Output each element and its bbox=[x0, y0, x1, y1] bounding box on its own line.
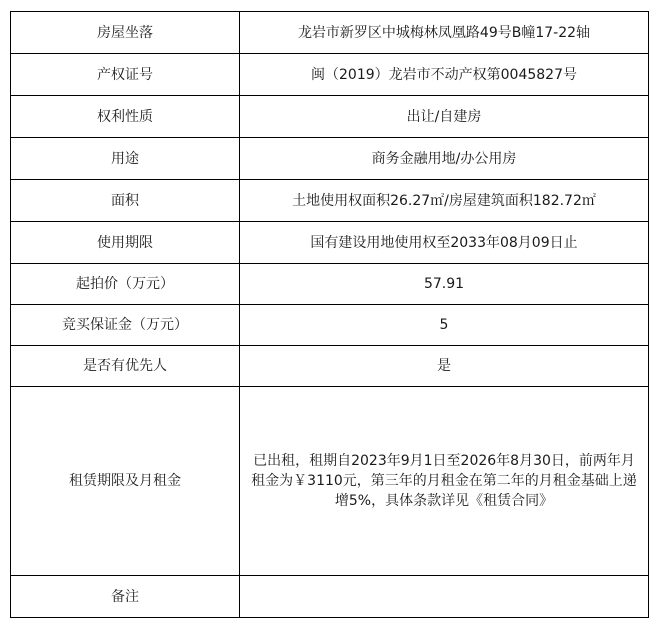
value-term: 国有建设用地使用权至2033年08月09日止 bbox=[240, 222, 649, 264]
table-row-remarks: 备注 bbox=[11, 576, 649, 618]
label-term: 使用期限 bbox=[11, 222, 240, 264]
table-row-certificate: 产权证号 闽（2019）龙岩市不动产权第0045827号 bbox=[11, 54, 649, 96]
label-priority-buyer: 是否有优先人 bbox=[11, 346, 240, 387]
label-deposit: 竞买保证金（万元） bbox=[11, 305, 240, 346]
table-row-deposit: 竞买保证金（万元） 5 bbox=[11, 305, 649, 346]
label-right-type: 权利性质 bbox=[11, 96, 240, 138]
value-lease: 已出租，租期自2023年9月1日至2026年8月30日，前两年月租金为￥3110… bbox=[240, 387, 649, 576]
label-remarks: 备注 bbox=[11, 576, 240, 618]
value-priority-buyer: 是 bbox=[240, 346, 649, 387]
value-location: 龙岩市新罗区中城梅林凤凰路49号B幢17-22轴 bbox=[240, 12, 649, 54]
value-certificate: 闽（2019）龙岩市不动产权第0045827号 bbox=[240, 54, 649, 96]
table-row-right-type: 权利性质 出让/自建房 bbox=[11, 96, 649, 138]
table-row-starting-price: 起拍价（万元） 57.91 bbox=[11, 264, 649, 305]
label-starting-price: 起拍价（万元） bbox=[11, 264, 240, 305]
label-certificate: 产权证号 bbox=[11, 54, 240, 96]
table-row-location: 房屋坐落 龙岩市新罗区中城梅林凤凰路49号B幢17-22轴 bbox=[11, 12, 649, 54]
value-usage: 商务金融用地/办公用房 bbox=[240, 138, 649, 180]
table-row-lease: 租赁期限及月租金 已出租，租期自2023年9月1日至2026年8月30日，前两年… bbox=[11, 387, 649, 576]
value-deposit: 5 bbox=[240, 305, 649, 346]
table-row-area: 面积 土地使用权面积26.27㎡/房屋建筑面积182.72㎡ bbox=[11, 180, 649, 222]
value-starting-price: 57.91 bbox=[240, 264, 649, 305]
label-lease: 租赁期限及月租金 bbox=[11, 387, 240, 576]
value-right-type: 出让/自建房 bbox=[240, 96, 649, 138]
table-row-priority-buyer: 是否有优先人 是 bbox=[11, 346, 649, 387]
table-row-term: 使用期限 国有建设用地使用权至2033年08月09日止 bbox=[11, 222, 649, 264]
property-info-table: 房屋坐落 龙岩市新罗区中城梅林凤凰路49号B幢17-22轴 产权证号 闽（201… bbox=[10, 11, 649, 618]
label-location: 房屋坐落 bbox=[11, 12, 240, 54]
table-row-usage: 用途 商务金融用地/办公用房 bbox=[11, 138, 649, 180]
label-area: 面积 bbox=[11, 180, 240, 222]
label-usage: 用途 bbox=[11, 138, 240, 180]
value-remarks bbox=[240, 576, 649, 618]
value-area: 土地使用权面积26.27㎡/房屋建筑面积182.72㎡ bbox=[240, 180, 649, 222]
